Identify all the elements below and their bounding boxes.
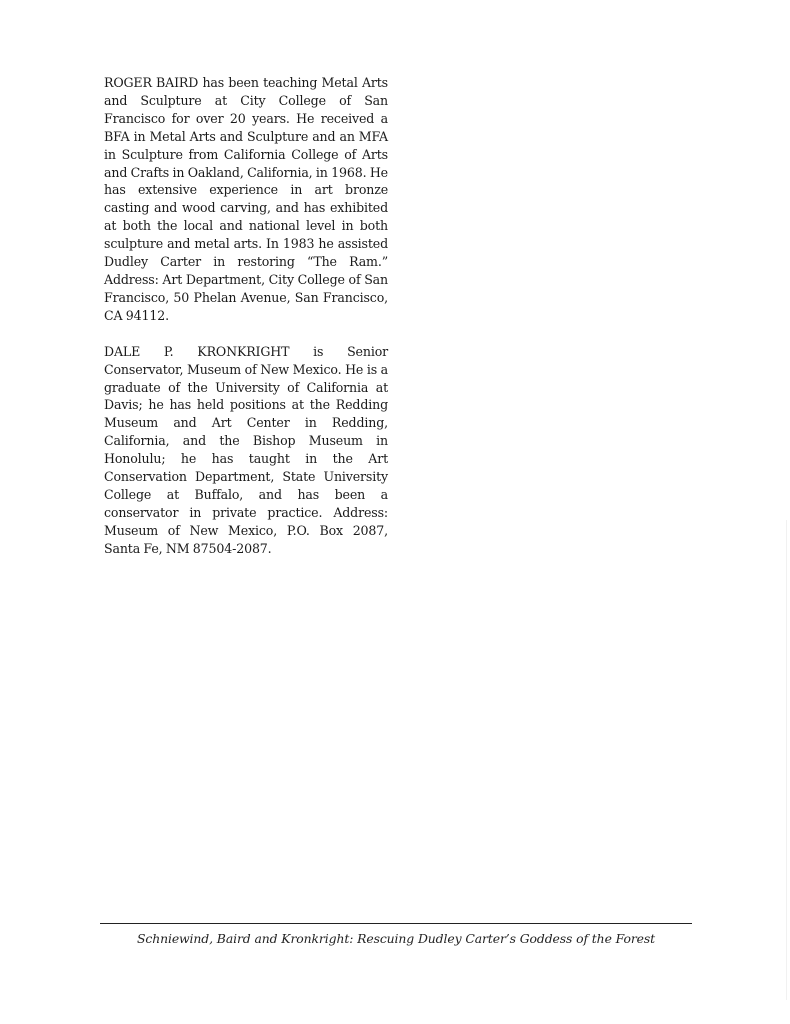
- page-edge-shadow: [786, 520, 787, 1000]
- running-footer-title: Schniewind, Baird and Kronkright: Rescui…: [100, 931, 692, 946]
- bio-dale-kronkright: DALE P. KRONKRIGHT is Senior Conservator…: [104, 343, 388, 558]
- bio-roger-baird: ROGER BAIRD has been teaching Metal Arts…: [104, 74, 388, 325]
- footer-rule: [100, 923, 692, 924]
- author-bios-column: ROGER BAIRD has been teaching Metal Arts…: [104, 74, 388, 576]
